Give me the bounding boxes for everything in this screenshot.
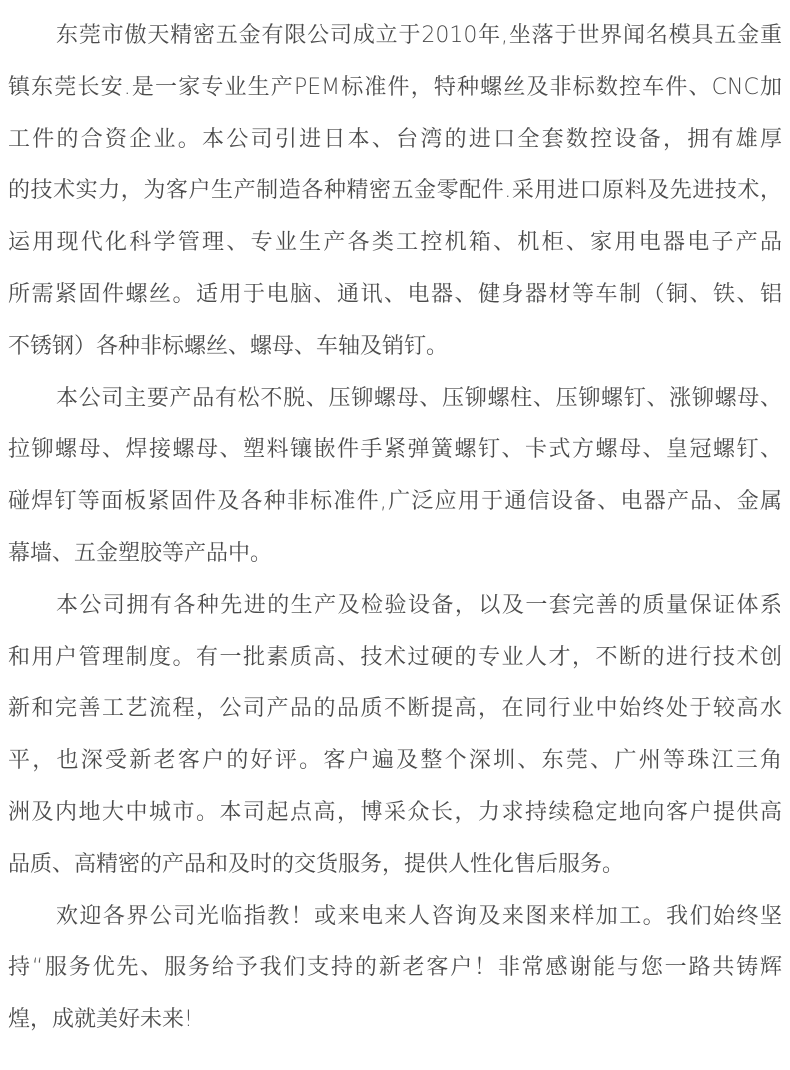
text-line: 碰焊钉等面板紧固件及各种非标准件,广泛应用于通信设备、电器产品、金属 [8, 476, 782, 528]
paragraph-company-intro: 东莞市傲天精密五金有限公司成立于2010年,坐落于世界闻名模具五金重 镇东莞长安… [8, 10, 782, 373]
text-line: 镇东莞长安.是一家专业生产PEM标准件，特种螺丝及非标数控车件、CNC加 [8, 62, 782, 114]
text-line: 煌，成就美好未来! [8, 994, 782, 1046]
text-line: 工件的合资企业。本公司引进日本、台湾的进口全套数控设备，拥有雄厚 [8, 114, 782, 166]
text-line: 平，也深受新老客户的好评。客户遍及整个深圳、东莞、广州等珠江三角 [8, 735, 782, 787]
text-line: 不锈钢）各种非标螺丝、螺母、车轴及销钉。 [8, 321, 782, 373]
text-line: 新和完善工艺流程，公司产品的品质不断提高，在同行业中始终处于较高水 [8, 683, 782, 735]
paragraph-welcome-closing: 欢迎各界公司光临指教！或来电来人咨询及来图来样加工。我们始终坚 持“服务优先、服… [8, 891, 782, 1046]
text-line: 持“服务优先、服务给予我们支持的新老客户！非常感谢能与您一路共铸辉 [8, 942, 782, 994]
paragraph-main-products: 本公司主要产品有松不脱、压铆螺母、压铆螺柱、压铆螺钉、涨铆螺母、 拉铆螺母、焊接… [8, 373, 782, 580]
text-line: 洲及内地大中城市。本司起点高，博采众长，力求持续稳定地向客户提供高 [8, 787, 782, 839]
text-line: 欢迎各界公司光临指教！或来电来人咨询及来图来样加工。我们始终坚 [8, 891, 782, 943]
text-line: 运用现代化科学管理、专业生产各类工控机箱、机柜、家用电器电子产品 [8, 217, 782, 269]
document-page: { "doc": { "background_color": "#ffffff"… [0, 0, 790, 1070]
text-line: 品质、高精密的产品和及时的交货服务，提供人性化售后服务。 [8, 839, 782, 891]
text-line: 的技术实力，为客户生产制造各种精密五金零配件.采用进口原料及先进技术， [8, 165, 782, 217]
text-line: 和用户管理制度。有一批素质高、技术过硬的专业人才，不断的进行技术创 [8, 632, 782, 684]
text-line: 幕墙、五金塑胶等产品中。 [8, 528, 782, 580]
text-line: 本公司拥有各种先进的生产及检验设备，以及一套完善的质量保证体系 [8, 580, 782, 632]
paragraph-quality-capability: 本公司拥有各种先进的生产及检验设备，以及一套完善的质量保证体系 和用户管理制度。… [8, 580, 782, 891]
text-line: 本公司主要产品有松不脱、压铆螺母、压铆螺柱、压铆螺钉、涨铆螺母、 [8, 373, 782, 425]
text-line: 拉铆螺母、焊接螺母、塑料镶嵌件手紧弹簧螺钉、卡式方螺母、皇冠螺钉、 [8, 424, 782, 476]
text-line: 所需紧固件螺丝。适用于电脑、通讯、电器、健身器材等车制（铜、铁、铝 [8, 269, 782, 321]
text-line: 东莞市傲天精密五金有限公司成立于2010年,坐落于世界闻名模具五金重 [8, 10, 782, 62]
document-body: 东莞市傲天精密五金有限公司成立于2010年,坐落于世界闻名模具五金重 镇东莞长安… [0, 0, 790, 1046]
